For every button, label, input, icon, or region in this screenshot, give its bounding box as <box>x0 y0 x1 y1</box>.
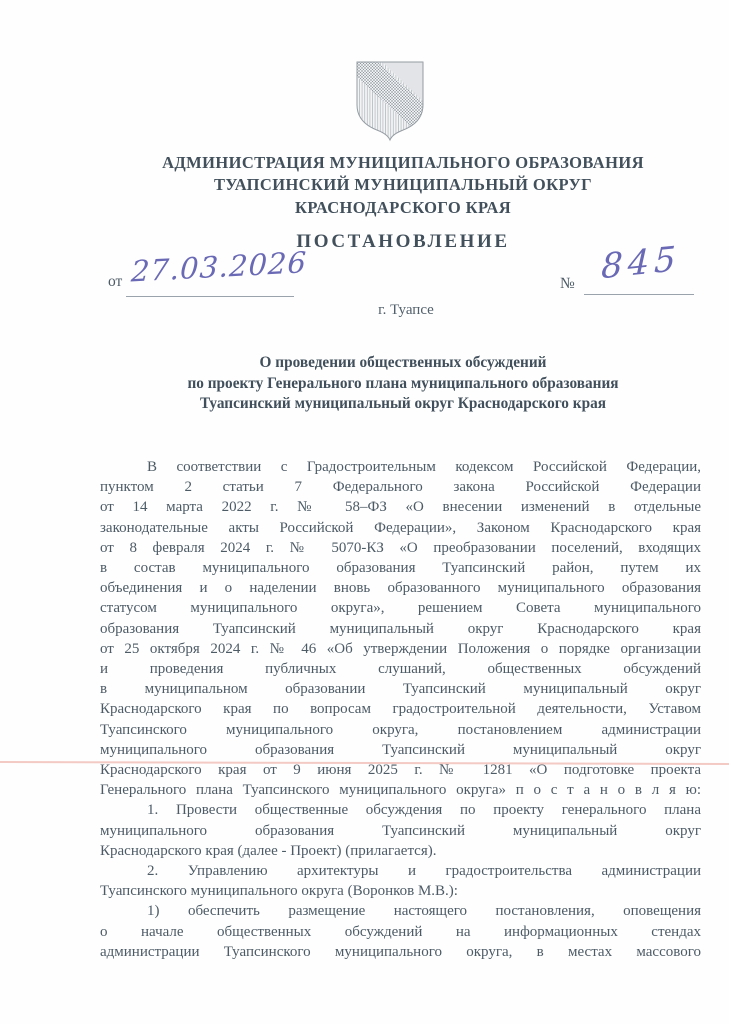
body-text-line: муниципального образования Туапсинский м… <box>100 821 701 841</box>
body-text-line: администрации Туапсинского муниципальног… <box>100 942 701 962</box>
handwritten-number: 845 <box>601 239 682 288</box>
place-line: г. Туапсе <box>100 302 712 319</box>
body-text-line: Генерального плана Туапсинского муниципа… <box>100 780 701 800</box>
title-line-3: Туапсинский муниципальный округ Краснода… <box>100 394 706 415</box>
body-text-line: Туапсинского муниципального округа (Воро… <box>100 881 701 901</box>
body-text-line: от 8 февраля 2024 г. № 5070-КЗ «О преобр… <box>100 538 701 558</box>
body-text-line: от 14 марта 2022 г. № 58–ФЗ «О внесении … <box>100 497 701 517</box>
body-text-line: образования Туапсинский муниципальный ок… <box>100 619 701 639</box>
body-text-line: Краснодарского края (далее - Проект) (пр… <box>100 841 701 861</box>
body-text-line: 1. Провести общественные обсуждения по п… <box>100 800 701 820</box>
title-line-1: О проведении общественных обсуждений <box>100 353 706 374</box>
authority-line-3: КРАСНОДАРСКОГО КРАЯ <box>100 197 706 219</box>
body-text-line: муниципального образования Туапсинский м… <box>100 740 701 760</box>
body-text-line: от 25 октября 2024 г. № 46 «Об утвержден… <box>100 639 701 659</box>
document-body: В соответствии с Градостроительным кодек… <box>100 457 701 962</box>
body-text-line: в муниципальном образовании Туапсинский … <box>100 679 701 699</box>
body-text-line: и проведения публичных слушаний, обществ… <box>100 659 701 679</box>
document-title: О проведении общественных обсуждений по … <box>100 353 706 415</box>
body-text-line: законодательные акты Российской Федераци… <box>100 518 701 538</box>
body-text-line: 2. Управлению архитектуры и градостроите… <box>100 861 701 881</box>
authority-line-2: ТУАПСИНСКИЙ МУНИЦИПАЛЬНЫЙ ОКРУГ <box>100 174 706 196</box>
number-label: № <box>560 275 575 293</box>
date-label: от <box>108 273 122 291</box>
body-text-line: Краснодарского края по вопросам градостр… <box>100 699 701 719</box>
body-text-line: Туапсинского муниципального округа, пост… <box>100 720 701 740</box>
authority-line-1: АДМИНИСТРАЦИЯ МУНИЦИПАЛЬНОГО ОБРАЗОВАНИЯ <box>100 152 706 174</box>
issuing-authority: АДМИНИСТРАЦИЯ МУНИЦИПАЛЬНОГО ОБРАЗОВАНИЯ… <box>100 152 706 219</box>
number-underline <box>584 294 694 295</box>
body-text-line: в состав муниципального образования Туап… <box>100 558 701 578</box>
body-text-line: В соответствии с Градостроительным кодек… <box>100 457 701 477</box>
coat-of-arms-icon <box>353 59 427 143</box>
body-text-line: пунктом 2 статьи 7 Федерального закона Р… <box>100 477 701 497</box>
body-text-line: 1) обеспечить размещение настоящего пост… <box>100 901 701 921</box>
body-text-line: статусом муниципального округа», решение… <box>100 598 701 618</box>
body-text-line: о начале общественных обсуждений на инфо… <box>100 922 701 942</box>
title-line-2: по проекту Генерального плана муниципаль… <box>100 374 706 395</box>
scanned-document-page: АДМИНИСТРАЦИЯ МУНИЦИПАЛЬНОГО ОБРАЗОВАНИЯ… <box>0 0 729 1024</box>
body-text-line: объединения и о наделении вновь образова… <box>100 578 701 598</box>
date-underline <box>126 296 294 297</box>
